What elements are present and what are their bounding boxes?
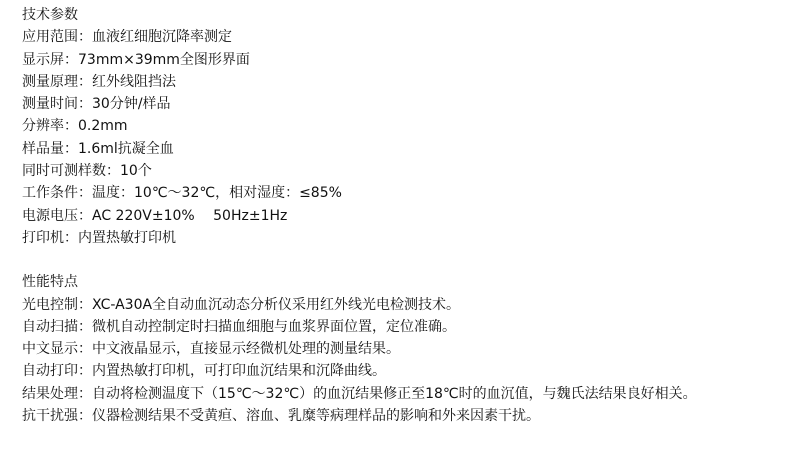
spec-row-printer: 打印机：内置热敏打印机 — [22, 227, 792, 249]
feature-value: 内置热敏打印机，可打印血沉结果和沉降曲线。 — [92, 363, 386, 379]
features-heading: 性能特点 — [22, 271, 792, 293]
spec-value: 血液红细胞沉降率测定 — [92, 29, 232, 45]
spec-label: 测量原理： — [22, 74, 92, 90]
spec-label: 工作条件： — [22, 185, 92, 201]
features-section: 性能特点 光电控制：XC-A30A全自动血沉动态分析仪采用红外线光电检测技术。 … — [22, 271, 792, 427]
feature-row-auto-scan: 自动扫描：微机自动控制定时扫描血细胞与血浆界面位置，定位准确。 — [22, 316, 792, 338]
feature-row-photoelectric: 光电控制：XC-A30A全自动血沉动态分析仪采用红外线光电检测技术。 — [22, 294, 792, 316]
product-spec-document: 技术参数 应用范围：血液红细胞沉降率测定 显示屏：73mm×39mm全图形界面 … — [22, 4, 792, 427]
feature-label: 自动扫描： — [22, 319, 92, 335]
spec-label: 样品量： — [22, 141, 78, 157]
spec-value: 30分钟/样品 — [92, 96, 171, 112]
spec-value: 10个 — [120, 163, 152, 179]
spec-label: 打印机： — [22, 230, 78, 246]
feature-label: 自动打印： — [22, 363, 92, 379]
spec-row-resolution: 分辨率：0.2mm — [22, 115, 792, 137]
spec-label: 测量时间： — [22, 96, 92, 112]
spec-value: 红外线阻挡法 — [92, 74, 176, 90]
spec-row-display: 显示屏：73mm×39mm全图形界面 — [22, 49, 792, 71]
spec-row-conditions: 工作条件：温度：10℃～32℃，相对湿度：≤85% — [22, 182, 792, 204]
feature-value: 微机自动控制定时扫描血细胞与血浆界面位置，定位准确。 — [92, 319, 456, 335]
tech-specs-heading: 技术参数 — [22, 4, 792, 26]
feature-value: 仪器检测结果不受黄疸、溶血、乳糜等病理样品的影响和外来因素干扰。 — [92, 408, 540, 424]
spec-row-sample-volume: 样品量：1.6ml抗凝全血 — [22, 138, 792, 160]
tech-specs-section: 技术参数 应用范围：血液红细胞沉降率测定 显示屏：73mm×39mm全图形界面 … — [22, 4, 792, 249]
spec-value: 温度：10℃～32℃，相对湿度：≤85% — [92, 185, 342, 201]
spec-label: 分辨率： — [22, 118, 78, 134]
spec-row-application: 应用范围：血液红细胞沉降率测定 — [22, 26, 792, 48]
feature-row-anti-interference: 抗干扰强：仪器检测结果不受黄疸、溶血、乳糜等病理样品的影响和外来因素干扰。 — [22, 405, 792, 427]
feature-value: 自动将检测温度下（15℃～32℃）的血沉结果修正至18℃时的血沉值，与魏氏法结果… — [92, 386, 697, 402]
feature-row-chinese-display: 中文显示：中文液晶显示，直接显示经微机处理的测量结果。 — [22, 338, 792, 360]
feature-value: 中文液晶显示，直接显示经微机处理的测量结果。 — [92, 341, 400, 357]
spec-value: 内置热敏打印机 — [78, 230, 176, 246]
feature-label: 中文显示： — [22, 341, 92, 357]
feature-row-result-processing: 结果处理：自动将检测温度下（15℃～32℃）的血沉结果修正至18℃时的血沉值，与… — [22, 383, 792, 405]
feature-label: 光电控制： — [22, 297, 92, 313]
spec-row-power: 电源电压：AC 220V±10% 50Hz±1Hz — [22, 205, 792, 227]
spec-row-principle: 测量原理：红外线阻挡法 — [22, 71, 792, 93]
spec-row-time: 测量时间：30分钟/样品 — [22, 93, 792, 115]
feature-label: 结果处理： — [22, 386, 92, 402]
spec-label: 应用范围： — [22, 29, 92, 45]
spec-label: 电源电压： — [22, 208, 92, 224]
spec-value: 73mm×39mm全图形界面 — [78, 52, 250, 68]
spec-label: 显示屏： — [22, 52, 78, 68]
feature-value: XC-A30A全自动血沉动态分析仪采用红外线光电检测技术。 — [92, 297, 460, 313]
spec-value: AC 220V±10% 50Hz±1Hz — [92, 208, 287, 224]
spec-value: 1.6ml抗凝全血 — [78, 141, 174, 157]
feature-row-auto-print: 自动打印：内置热敏打印机，可打印血沉结果和沉降曲线。 — [22, 360, 792, 382]
feature-label: 抗干扰强： — [22, 408, 92, 424]
spec-value: 0.2mm — [78, 118, 128, 134]
spec-label: 同时可测样数： — [22, 163, 120, 179]
spec-row-sample-count: 同时可测样数：10个 — [22, 160, 792, 182]
